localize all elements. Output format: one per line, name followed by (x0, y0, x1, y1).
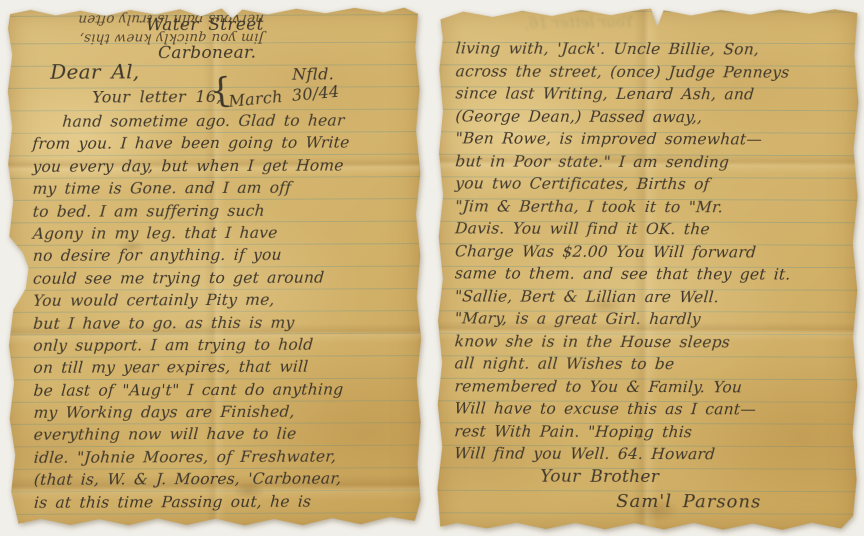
letter-line: Agony in my leg. that I have (32, 221, 418, 245)
letter-line: my time is Gone. and I am off (32, 176, 418, 200)
letter-line: all night. all Wishes to be (454, 352, 856, 376)
opening-line: Your letter 16, (92, 87, 222, 107)
letter-line: Charge Was $2.00 You Will forward (454, 240, 856, 264)
letter-line: "Sallie, Bert & Lillian are Well. (454, 285, 856, 309)
letter-line: you two Certificates, Births of (454, 172, 856, 196)
letter-line: "Jim & Bertha, I took it to "Mr. (454, 195, 856, 219)
letter-scan-backdrop: Jim you quickly knew this,nervous pain i… (0, 0, 864, 536)
letter-line: living with, 'Jack'. Uncle Billie, Son, (455, 37, 857, 61)
letter-line: "Mary, is a great Girl. hardly (454, 307, 856, 331)
letter-line: be last of "Aug't" I cant do anything (33, 378, 419, 402)
letter-line: to bed. I am suffering such (32, 199, 418, 223)
letter-line: Will find you Well. 64. Howard (454, 442, 856, 466)
letter-line: know she is in the House sleeps (454, 330, 856, 354)
letter-line: only support. I am trying to hold (33, 333, 419, 357)
ink-bleed-through: Your letter 16, (524, 9, 834, 34)
letter-line: hand sometime ago. Glad to hear (32, 109, 418, 133)
letter-line: across the street, (once) Judge Penneys (455, 60, 857, 84)
page-2-torn-paper: Your letter 16, living with, 'Jack'. Unc… (436, 6, 860, 531)
page-1-body-text: hand sometime ago. Glad to hearfrom you.… (32, 109, 419, 514)
letter-line: remembered to You & Family. You (454, 375, 856, 399)
letter-line: rest With Pain. "Hoping this (454, 420, 856, 444)
letter-line: "Ben Rowe, is improved somewhat— (455, 127, 857, 151)
header-province: Nfld. (292, 64, 334, 83)
signature: Sam'l Parsons (616, 491, 761, 513)
letter-line: (George Dean,) Passed away,, (455, 105, 857, 129)
header-town: Carbonear. (158, 43, 256, 63)
letter-line: but I have to go. as this is my (33, 311, 419, 335)
letter-line: could see me trying to get around (32, 266, 418, 290)
letter-line: from you. I have been going to Write (32, 132, 418, 156)
letter-line: you every day, but when I get Home (32, 154, 418, 178)
closing-line: Your Brother (540, 467, 659, 487)
letter-line: is at this time Passing out, he is (33, 490, 419, 514)
letter-line: Will have to excuse this as I cant— (454, 397, 856, 421)
letter-line: but in Poor state." I am sending (455, 150, 857, 174)
header-street: Water Street (146, 15, 264, 36)
letter-page-1: Jim you quickly knew this,nervous pain i… (6, 6, 423, 528)
letter-line: my Working days are Finished, (33, 400, 419, 424)
letter-line: same to them. and see that they get it. (454, 262, 856, 286)
letter-line: You would certainly Pity me, (32, 288, 418, 312)
letter-line: no desire for anything. if you (32, 243, 418, 267)
letter-line: everything now will have to lie (33, 423, 419, 447)
letter-line: on till my year expires, that will (33, 355, 419, 379)
page-2-body-text: living with, 'Jack'. Uncle Billie, Son,a… (454, 37, 855, 466)
letter-line: (that is, W. & J. Moores, 'Carbonear, (33, 467, 419, 491)
letter-line: since last Writing, Lenard Ash, and (455, 82, 857, 106)
page-1-torn-paper: Jim you quickly knew this,nervous pain i… (6, 6, 423, 528)
letter-line: Davis. You will find it OK. the (454, 217, 856, 241)
letter-page-2: Your letter 16, living with, 'Jack'. Unc… (436, 6, 860, 531)
salutation: Dear Al, (50, 59, 139, 83)
letter-line: idle. "Johnie Moores, of Freshwater, (33, 445, 419, 469)
